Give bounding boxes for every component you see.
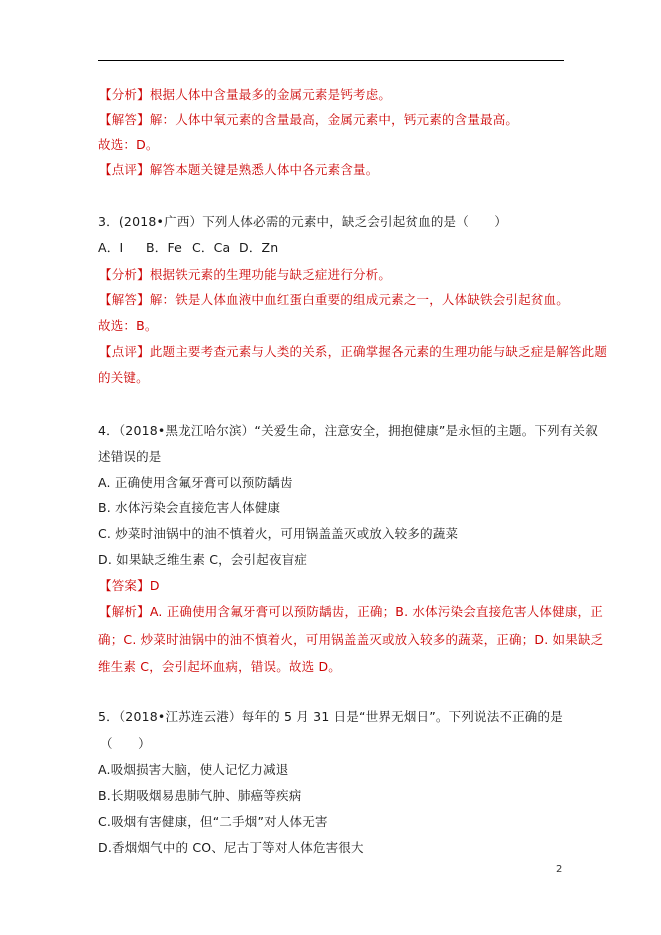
- solution-tag: 【解答】: [99, 112, 150, 127]
- q3-options: A．IB．FeC．CaD．Zn: [98, 240, 278, 256]
- q3-option-d: D．Zn: [239, 240, 278, 255]
- q3-choice: 故选：B。: [98, 318, 158, 334]
- q3-option-a: A．I: [98, 240, 146, 256]
- q5-stem-line1: 5．（2018•江苏连云港）每年的 5 月 31 日是“世界无烟日”。下列说法不…: [98, 709, 563, 725]
- header-rule: [98, 60, 564, 61]
- q2-comment: 【点评】解答本题关键是熟悉人体中各元素含量。: [99, 162, 378, 178]
- q2-analysis: 【分析】根据人体中含量最多的金属元素是钙考虑。: [99, 87, 391, 103]
- q3-option-c: C．Ca: [192, 240, 239, 256]
- q4-option-c: C. 炒菜时油锅中的油不慎着火，可用锅盖盖灭或放入较多的蔬菜: [98, 526, 458, 542]
- q2-solution: 【解答】解：人体中氧元素的含量最高，金属元素中，钙元素的含量最高。: [99, 112, 518, 128]
- q5-stem-line2: （ ）: [100, 736, 151, 752]
- explanation-tag: 【解析】: [99, 604, 150, 619]
- solution-tag: 【解答】: [99, 292, 150, 307]
- comment-text: 解答本题关键是熟悉人体中各元素含量。: [150, 162, 379, 177]
- q4-stem-line2: 述错误的是: [98, 449, 162, 465]
- q3-option-b: B．Fe: [146, 240, 192, 256]
- q4-option-b: B. 水体污染会直接危害人体健康: [98, 500, 280, 516]
- q2-choice: 故选：D。: [98, 137, 159, 153]
- analysis-text: 根据人体中含量最多的金属元素是钙考虑。: [150, 87, 391, 102]
- q4-explanation-line2: 确；C. 炒菜时油锅中的油不慎着火，可用锅盖盖灭或放入较多的蔬菜，正确；D. 如…: [98, 632, 603, 648]
- q3-solution: 【解答】解：铁是人体血液中血红蛋白重要的组成元素之一，人体缺铁会引起贫血。: [99, 292, 569, 308]
- q5-option-a: A.吸烟损害大脑，使人记忆力减退: [98, 762, 289, 778]
- page-number: 2: [556, 864, 562, 875]
- explanation-line1: A. 正确使用含氟牙膏可以预防龋齿，正确；B. 水体污染会直接危害人体健康，正: [150, 604, 603, 619]
- comment-text-line1: 此题主要考查元素与人类的关系，正确掌握各元素的生理功能与缺乏症是解答此题: [150, 344, 607, 359]
- q4-answer: 【答案】D: [99, 578, 160, 594]
- q3-analysis: 【分析】根据铁元素的生理功能与缺乏症进行分析。: [99, 267, 391, 283]
- analysis-text: 根据铁元素的生理功能与缺乏症进行分析。: [150, 267, 391, 282]
- q4-stem-line1: 4．（2018•黑龙江哈尔滨）“关爱生命，注意安全，拥抱健康”是永恒的主题。下列…: [98, 423, 598, 439]
- solution-text: 解：人体中氧元素的含量最高，金属元素中，钙元素的含量最高。: [150, 112, 518, 127]
- q4-explanation-line3: 维生素 C，会引起坏血病，错误。故选 D。: [98, 659, 341, 675]
- q5-option-d: D.香烟烟气中的 CO、尼古丁等对人体危害很大: [98, 840, 364, 856]
- answer-text: D: [150, 578, 160, 593]
- q4-option-d: D. 如果缺乏维生素 C，会引起夜盲症: [98, 552, 307, 568]
- analysis-tag: 【分析】: [99, 267, 150, 282]
- q4-explanation: 【解析】A. 正确使用含氟牙膏可以预防龋齿，正确；B. 水体污染会直接危害人体健…: [99, 604, 603, 620]
- q3-comment: 【点评】此题主要考查元素与人类的关系，正确掌握各元素的生理功能与缺乏症是解答此题: [99, 344, 607, 360]
- q4-option-a: A. 正确使用含氟牙膏可以预防龋齿: [98, 475, 293, 491]
- solution-text: 解：铁是人体血液中血红蛋白重要的组成元素之一，人体缺铁会引起贫血。: [150, 292, 569, 307]
- q5-option-b: B.长期吸烟易患肺气肿、肺癌等疾病: [98, 788, 301, 804]
- q3-comment-line2: 的关键。: [98, 370, 149, 386]
- comment-tag: 【点评】: [99, 344, 150, 359]
- comment-tag: 【点评】: [99, 162, 150, 177]
- analysis-tag: 【分析】: [99, 87, 150, 102]
- answer-tag: 【答案】: [99, 578, 150, 593]
- q3-stem: 3．(2018•广西）下列人体必需的元素中，缺乏会引起贫血的是（ ）: [98, 214, 507, 230]
- q5-option-c: C.吸烟有害健康，但“二手烟”对人体无害: [98, 814, 328, 830]
